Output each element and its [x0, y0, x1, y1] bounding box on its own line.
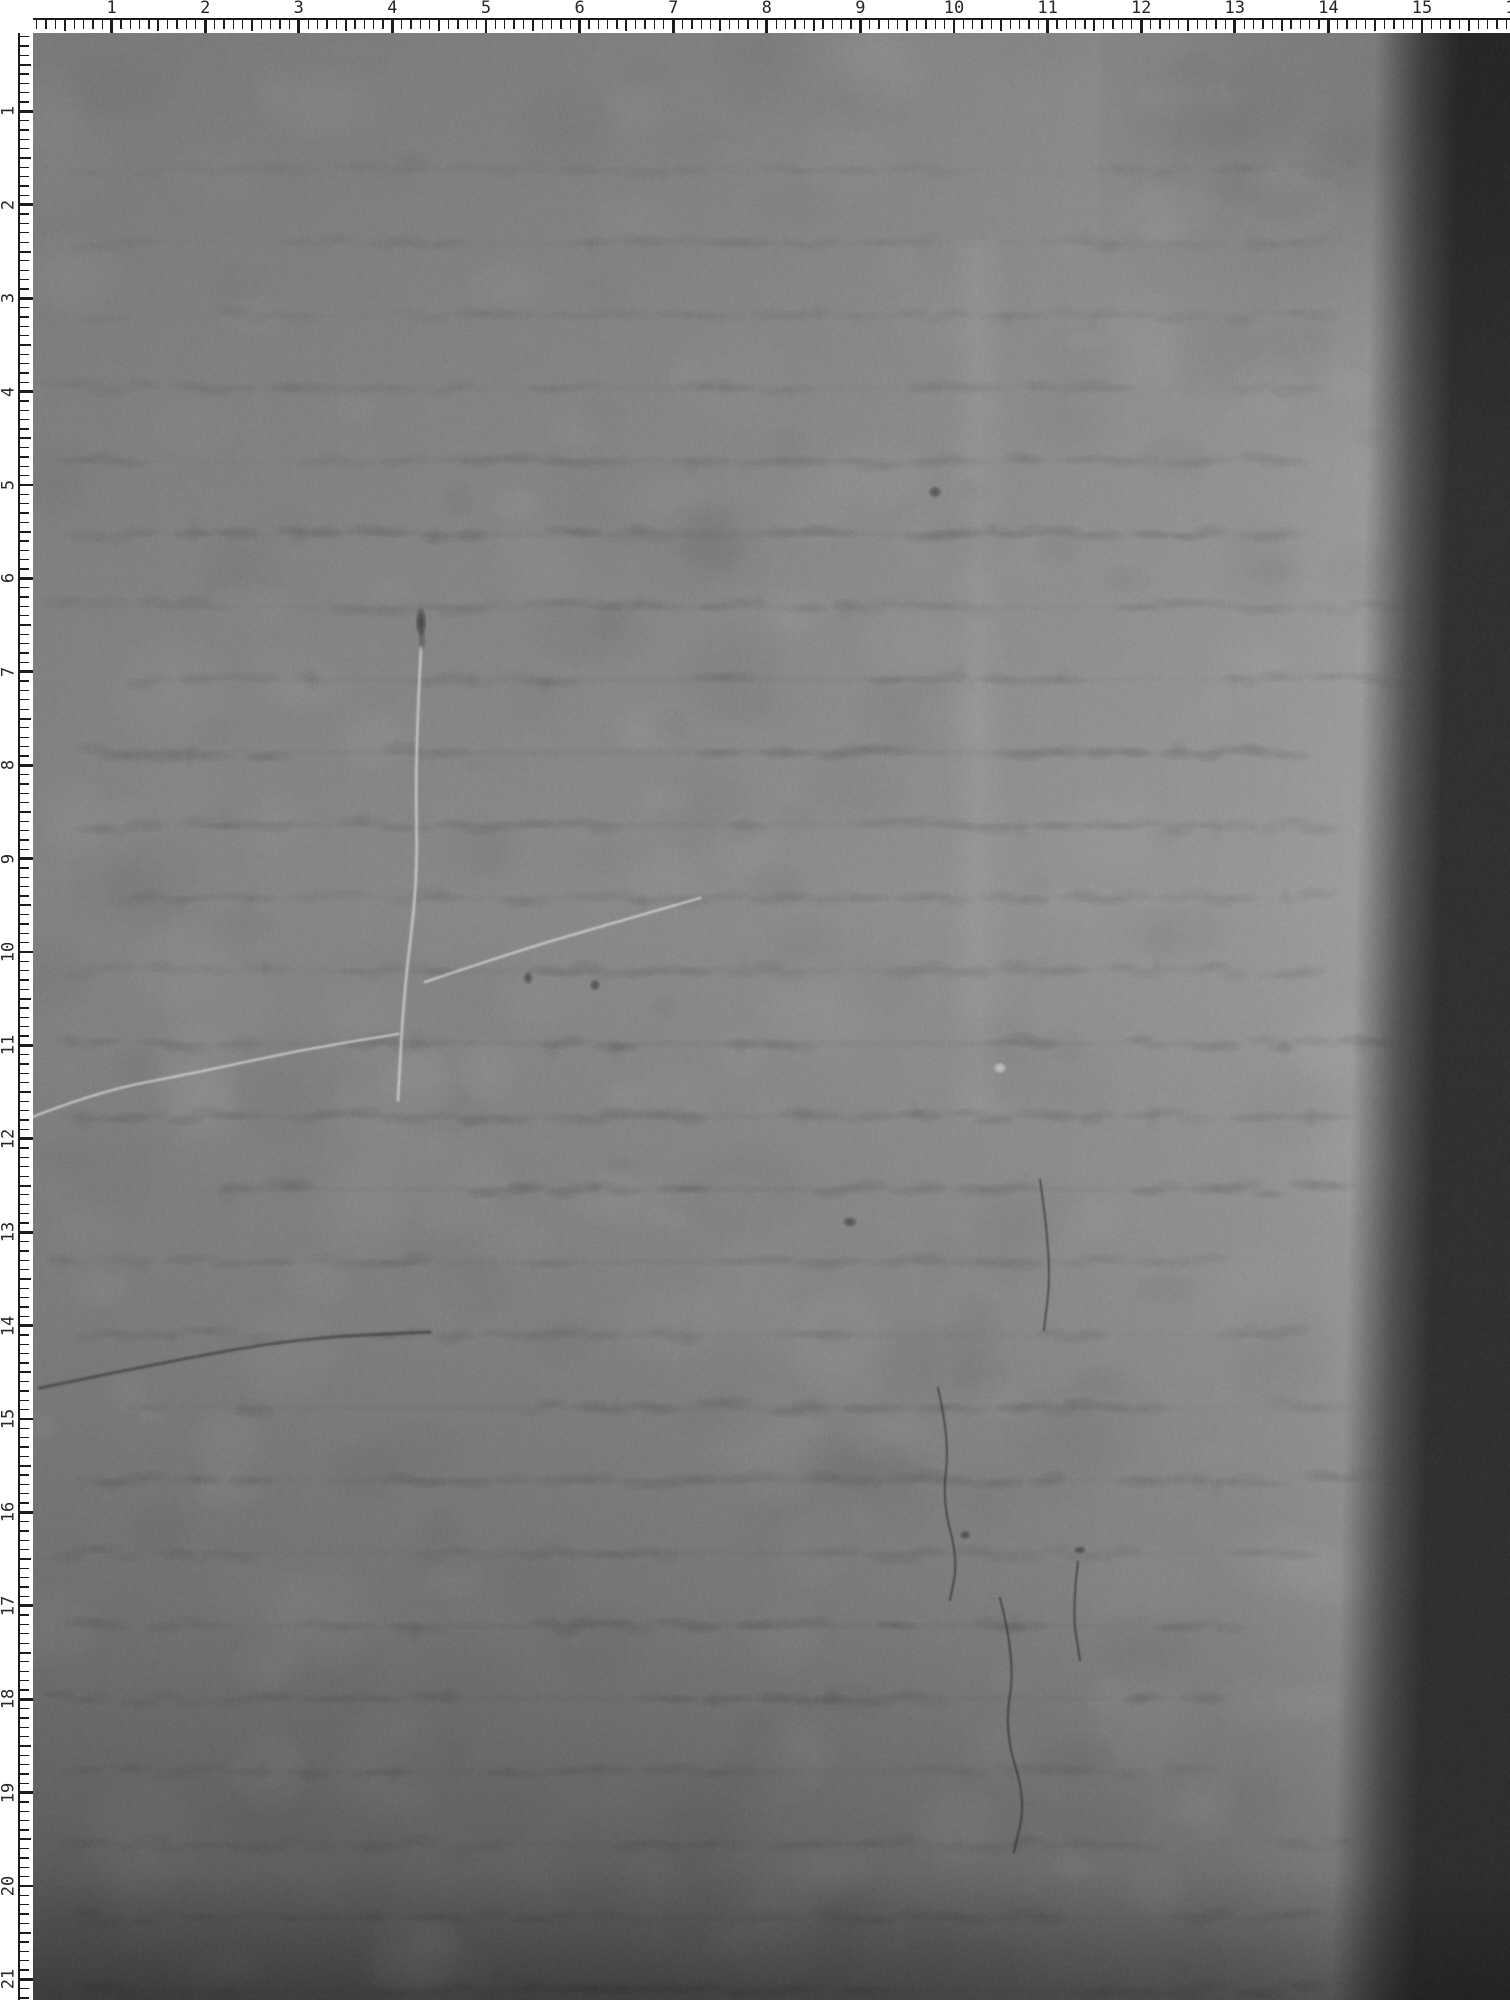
ruler-tick	[18, 568, 29, 569]
ruler-tick	[18, 223, 29, 224]
ruler-tick	[18, 606, 29, 607]
ruler-tick	[18, 1857, 29, 1858]
ruler-tick	[18, 1129, 29, 1130]
ruler-tick	[18, 1260, 29, 1261]
ruler-tick	[18, 1157, 29, 1158]
ruler-label: 16	[1505, 0, 1510, 17]
ruler-tick	[438, 18, 440, 31]
manuscript-page-photo	[0, 0, 1510, 2000]
ruler-tick	[18, 1680, 29, 1681]
ruler-tick	[1056, 18, 1057, 29]
ruler-tick	[148, 18, 149, 29]
ruler-left-cm: 123456789101112131415161718192021	[0, 0, 33, 2000]
ruler-tick	[18, 1390, 29, 1391]
ruler-tick	[18, 1185, 31, 1187]
ruler-tick	[18, 1698, 33, 1701]
ruler-tick	[18, 410, 29, 411]
ruler-tick	[1374, 18, 1376, 31]
ruler-tick	[1038, 18, 1039, 29]
ruler-tick	[18, 830, 29, 831]
ruler-tick	[18, 1418, 33, 1421]
ruler-tick	[18, 475, 29, 476]
ruler-tick	[289, 18, 290, 29]
ruler-tick	[18, 203, 33, 206]
ruler-tick	[18, 390, 33, 393]
ruler-label: 1	[1, 106, 18, 116]
ruler-label: 15	[1, 1409, 18, 1429]
ruler-tick	[18, 867, 29, 868]
ruler-tick	[701, 18, 702, 29]
ruler-tick	[18, 176, 29, 177]
ruler-tick	[18, 1324, 33, 1327]
ruler-tick	[18, 1923, 29, 1924]
ruler-tick	[832, 18, 833, 29]
ruler-tick	[251, 18, 253, 31]
ruler-tick	[765, 18, 768, 33]
ruler-tick	[1487, 18, 1488, 29]
ruler-tick	[18, 821, 29, 822]
ruler-tick	[18, 1904, 29, 1905]
ruler-tick	[18, 1231, 33, 1234]
ruler-tick	[18, 428, 29, 429]
ruler-tick	[1187, 18, 1189, 31]
ruler-tick	[233, 18, 234, 29]
ruler-tick	[18, 1474, 29, 1475]
ruler-tick	[18, 1530, 29, 1531]
ruler-tick	[18, 456, 29, 457]
ruler-tick	[18, 232, 29, 233]
ruler-tick	[18, 755, 29, 756]
ruler-tick	[242, 18, 243, 29]
ruler-tick	[18, 540, 29, 541]
ruler-tick	[18, 989, 29, 990]
ruler-tick	[36, 18, 37, 29]
ruler-tick	[18, 1558, 31, 1560]
ruler-label: 6	[574, 0, 584, 17]
ruler-tick	[18, 1007, 29, 1008]
ruler-tick	[635, 18, 636, 29]
ruler-tick	[18, 1717, 29, 1718]
ruler-tick	[345, 18, 347, 31]
ruler-tick	[804, 18, 805, 29]
ruler-tick	[18, 400, 29, 401]
ruler-tick	[1233, 18, 1236, 33]
ruler-tick	[1093, 18, 1095, 31]
ruler-tick	[1421, 18, 1424, 33]
ruler-tick	[308, 18, 309, 29]
ruler-tick	[1506, 18, 1507, 29]
ruler-tick	[18, 615, 29, 616]
ruler-tick	[598, 18, 599, 29]
ruler-tick	[1431, 18, 1432, 29]
ruler-tick	[18, 1540, 29, 1541]
ruler-tick	[18, 1334, 29, 1335]
ruler-tick	[18, 1997, 29, 1998]
ruler-tick	[18, 877, 29, 878]
ruler-tick	[18, 1176, 29, 1177]
ruler-tick	[18, 316, 29, 317]
ruler-tick	[18, 83, 29, 84]
ruler-tick	[18, 951, 33, 954]
ruler-tick	[1197, 18, 1198, 29]
ruler-tick	[18, 1624, 29, 1625]
ruler-tick	[18, 1755, 29, 1756]
ruler-tick	[55, 18, 56, 29]
ruler-tick	[130, 18, 131, 29]
ruler-tick	[18, 242, 29, 243]
ruler-tick	[45, 18, 46, 29]
ruler-tick	[18, 129, 29, 130]
ruler-tick	[18, 1604, 33, 1607]
ruler-tick	[18, 447, 29, 448]
ruler-tick	[1459, 18, 1460, 29]
ruler-tick	[18, 1400, 29, 1401]
ruler-tick	[18, 1885, 33, 1888]
ruler-tick	[18, 110, 33, 113]
ruler-tick	[991, 18, 992, 29]
ruler-tick	[18, 326, 29, 327]
ruler-tick	[18, 1801, 29, 1802]
ruler-tick	[18, 1913, 29, 1914]
ruler-label: 17	[1, 1596, 18, 1616]
ruler-label: 7	[668, 0, 678, 17]
ruler-tick	[1384, 18, 1385, 29]
ruler-tick	[18, 270, 29, 271]
ruler-tick	[1403, 18, 1404, 29]
ruler-tick	[176, 18, 177, 29]
ruler-tick	[18, 484, 33, 487]
ruler-label: 8	[1, 760, 18, 770]
ruler-tick	[120, 18, 121, 29]
ruler-tick	[878, 18, 879, 29]
ruler-label: 14	[1318, 0, 1338, 17]
ruler-tick	[1449, 18, 1450, 29]
ruler-tick	[1468, 18, 1470, 31]
ruler-tick	[513, 18, 514, 29]
ruler-tick	[18, 1876, 29, 1877]
ruler-tick	[18, 1446, 29, 1447]
ruler-label: 12	[1, 1129, 18, 1149]
ruler-corner	[0, 0, 33, 33]
ruler-tick	[691, 18, 692, 29]
ruler-label: 15	[1412, 0, 1432, 17]
ruler-tick	[297, 18, 300, 33]
ruler-tick	[1010, 18, 1011, 29]
ruler-tick	[18, 1353, 29, 1354]
ruler-tick	[869, 18, 870, 29]
ruler-tick	[18, 419, 29, 420]
ruler-tick	[18, 1568, 29, 1569]
ruler-tick	[1122, 18, 1123, 29]
ruler-tick	[18, 587, 29, 588]
ruler-tick	[18, 895, 29, 896]
ruler-tick	[1075, 18, 1076, 29]
ruler-tick	[448, 18, 449, 29]
ruler-tick	[18, 699, 29, 700]
ruler-tick	[18, 1988, 29, 1989]
ruler-tick	[1412, 18, 1413, 29]
ruler-tick	[18, 1764, 29, 1765]
ruler-label: 11	[1037, 0, 1057, 17]
ruler-tick	[18, 718, 31, 720]
ruler-tick	[18, 550, 29, 551]
ruler-tick	[523, 18, 524, 29]
ruler-tick	[1140, 18, 1143, 33]
ruler-tick	[588, 18, 589, 29]
ruler-tick	[18, 1643, 29, 1644]
ruler-tick	[532, 18, 534, 31]
ruler-tick	[18, 1895, 29, 1896]
ruler-tick	[18, 1960, 29, 1961]
ruler-tick	[18, 1222, 29, 1223]
ruler-tick	[18, 1969, 29, 1970]
ruler-tick	[18, 1204, 29, 1205]
ruler-tick	[794, 18, 795, 29]
ruler-tick	[18, 839, 29, 840]
ruler-tick	[167, 18, 168, 29]
ruler-tick	[261, 18, 262, 29]
ruler-label: 20	[1, 1876, 18, 1896]
ruler-tick	[757, 18, 758, 29]
ruler-tick	[1244, 18, 1245, 29]
ruler-tick	[18, 344, 31, 346]
ruler-tick	[18, 36, 29, 37]
ruler-tick	[18, 1465, 31, 1467]
ruler-tick	[18, 260, 29, 261]
ruler-tick	[18, 148, 29, 149]
ruler-tick	[1281, 18, 1283, 31]
ruler-tick	[18, 802, 29, 803]
ruler-tick	[18, 1026, 29, 1027]
ruler-tick	[18, 157, 31, 159]
ruler-tick	[785, 18, 786, 29]
ruler-tick	[18, 1137, 33, 1140]
ruler-label: 10	[944, 0, 964, 17]
ruler-tick	[607, 18, 608, 29]
ruler-tick	[429, 18, 430, 29]
ruler-tick	[18, 1456, 29, 1457]
ruler-tick	[18, 1820, 29, 1821]
ruler-label: 2	[200, 0, 210, 17]
ruler-tick	[74, 18, 75, 29]
ruler-tick	[18, 1381, 29, 1382]
ruler-tick	[663, 18, 664, 29]
ruler-tick	[1066, 18, 1067, 29]
ruler-tick	[18, 1614, 29, 1615]
ruler-tick	[18, 596, 29, 597]
ruler-tick	[504, 18, 505, 29]
ruler-tick	[18, 1316, 29, 1317]
ruler-tick	[18, 923, 29, 924]
ruler-tick	[18, 1110, 29, 1111]
ruler-tick	[18, 690, 29, 691]
ruler-tick	[18, 1213, 29, 1214]
ruler-label: 9	[1, 853, 18, 863]
ruler-tick	[495, 18, 496, 29]
ruler-tick	[18, 774, 29, 775]
ruler-tick	[18, 1689, 29, 1690]
ruler-label: 11	[1, 1035, 18, 1055]
ruler-tick	[18, 1119, 29, 1120]
ruler-tick	[551, 18, 552, 29]
ruler-tick	[18, 1549, 29, 1550]
ruler-tick	[1496, 18, 1497, 29]
ruler-tick	[18, 1633, 29, 1634]
ruler-tick	[18, 251, 31, 253]
ruler-tick	[18, 1241, 29, 1242]
ruler-label: 4	[1, 386, 18, 396]
ruler-tick	[476, 18, 477, 29]
ruler-tick	[18, 1073, 29, 1074]
ruler-tick	[570, 18, 571, 29]
ruler-tick	[18, 914, 29, 915]
ruler-tick	[391, 18, 394, 33]
ruler-tick	[1225, 18, 1226, 29]
ruler-tick	[1365, 18, 1366, 29]
ruler-tick	[157, 18, 159, 31]
ruler-tick	[944, 18, 945, 29]
ruler-tick	[18, 998, 31, 1000]
ruler-tick	[625, 18, 627, 31]
ruler-tick	[654, 18, 655, 29]
ruler-label: 13	[1225, 0, 1245, 17]
ruler-tick	[18, 92, 29, 93]
ruler-tick	[18, 1101, 29, 1102]
ruler-tick	[18, 1829, 29, 1830]
ruler-tick	[18, 643, 29, 644]
ruler-tick	[1028, 18, 1029, 29]
ruler-tick	[18, 1344, 29, 1345]
ruler-tick	[18, 764, 33, 767]
ruler-tick	[64, 18, 66, 31]
ruler-tick	[1309, 18, 1310, 29]
ruler-tick	[18, 624, 31, 626]
ruler-tick	[841, 18, 842, 29]
ruler-tick	[18, 1428, 29, 1429]
ruler-tick	[18, 1044, 33, 1047]
ruler-tick	[1356, 18, 1357, 29]
ruler-tick	[18, 1951, 29, 1952]
ruler-tick	[747, 18, 748, 29]
ruler-tick	[972, 18, 973, 29]
ruler-tick	[1159, 18, 1160, 29]
ruler-tick	[139, 18, 140, 29]
ruler-tick	[719, 18, 721, 31]
ruler-tick	[813, 18, 815, 31]
ruler-tick	[616, 18, 617, 29]
ruler-tick	[925, 18, 926, 29]
ruler-tick	[223, 18, 224, 29]
ruler-tick	[1300, 18, 1301, 29]
ruler-tick	[18, 1502, 29, 1503]
ruler-tick	[1440, 18, 1441, 29]
ruler-tick	[18, 670, 33, 673]
ruler-tick	[18, 1278, 31, 1280]
ruler-tick	[420, 18, 421, 29]
ruler-tick	[110, 18, 113, 33]
ruler-tick	[18, 213, 29, 214]
ruler-tick	[18, 1811, 29, 1812]
ruler-tick	[18, 1736, 29, 1737]
ruler-tick	[710, 18, 711, 29]
ruler-top-cm: 012345678910111213141516	[0, 0, 1510, 33]
ruler-tick	[1327, 18, 1330, 33]
ruler-tick	[18, 297, 33, 300]
ruler-label: 5	[1, 480, 18, 490]
ruler-tick	[18, 1577, 29, 1578]
ruler-tick	[1150, 18, 1151, 29]
ruler-label: 16	[1, 1502, 18, 1522]
ruler-tick	[467, 18, 468, 29]
ruler-tick	[1084, 18, 1085, 29]
ruler-tick	[18, 1250, 29, 1251]
ruler-tick	[1318, 18, 1319, 29]
ruler-tick	[18, 335, 29, 336]
ruler-tick	[1112, 18, 1113, 29]
ruler-tick	[560, 18, 561, 29]
ruler-tick	[364, 18, 365, 29]
ruler-tick	[18, 1791, 33, 1794]
ruler-tick	[326, 18, 327, 29]
ruler-tick	[18, 933, 29, 934]
ruler-tick	[18, 354, 29, 355]
ruler-tick	[457, 18, 458, 29]
ruler-tick	[18, 1288, 29, 1289]
ruler-label: 7	[1, 667, 18, 677]
ruler-tick	[18, 942, 29, 943]
ruler-tick	[1103, 18, 1104, 29]
ruler-tick	[18, 494, 29, 495]
ruler-tick	[1019, 18, 1020, 29]
ruler-tick	[204, 18, 207, 33]
ruler-tick	[18, 559, 29, 560]
ruler-tick	[1478, 18, 1479, 29]
ruler-tick	[738, 18, 739, 29]
ruler-tick	[1131, 18, 1132, 29]
ruler-label: 13	[1, 1222, 18, 1242]
ruler-tick	[1206, 18, 1207, 29]
ruler-tick	[18, 64, 31, 66]
ruler-label: 6	[1, 573, 18, 583]
ruler-tick	[18, 45, 29, 46]
ruler-tick	[18, 577, 33, 580]
ruler-tick	[18, 1867, 29, 1868]
ruler-tick	[18, 857, 33, 860]
ruler-tick	[18, 1194, 29, 1195]
ruler-tick	[1178, 18, 1179, 29]
ruler-tick	[18, 1091, 31, 1093]
ruler-tick	[18, 73, 29, 74]
ruler-tick	[18, 1035, 29, 1036]
ruler-tick	[18, 1017, 29, 1018]
ruler-tick	[18, 1437, 29, 1438]
ruler-tick	[18, 512, 29, 513]
ruler-tick	[672, 18, 675, 33]
ruler-label: 4	[387, 0, 397, 17]
ruler-tick	[18, 279, 29, 280]
ruler-tick	[682, 18, 683, 29]
ruler-label: 3	[1, 293, 18, 303]
ruler-tick	[18, 167, 29, 168]
ruler-tick	[270, 18, 271, 29]
ruler-tick	[18, 120, 29, 121]
ruler-tick	[186, 18, 187, 29]
ruler-tick	[859, 18, 862, 33]
ruler-tick	[18, 1708, 29, 1709]
ruler-tick	[18, 288, 29, 289]
ruler-tick	[18, 531, 31, 533]
ruler-tick	[317, 18, 318, 29]
